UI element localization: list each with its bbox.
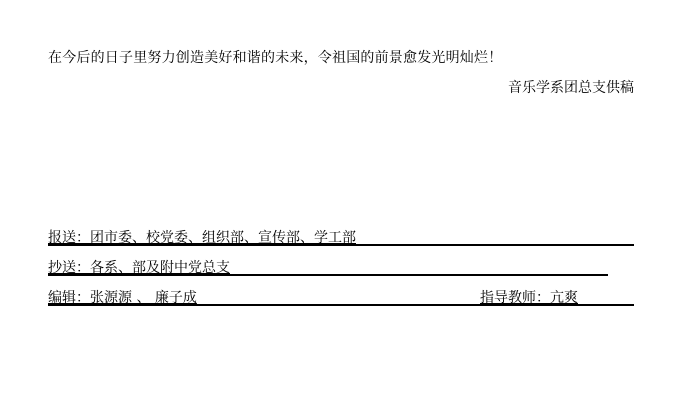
report-to-row: 报送：团市委、校党委、组织部、宣传部、学工部	[48, 230, 634, 246]
editors-row: 编辑：张源源 、 廉子成 指导教师：亢爽	[48, 290, 634, 306]
signature: 音乐学系团总支供稿	[508, 80, 634, 96]
report-to-underline	[48, 244, 634, 246]
copy-to-row: 抄送：各系、部及附中党总支	[48, 260, 608, 276]
editors-underline	[48, 304, 634, 306]
copy-to-underline	[48, 274, 608, 276]
closing-paragraph: 在今后的日子里努力创造美好和谐的未来，令祖国的前景愈发光明灿烂！	[48, 50, 502, 66]
